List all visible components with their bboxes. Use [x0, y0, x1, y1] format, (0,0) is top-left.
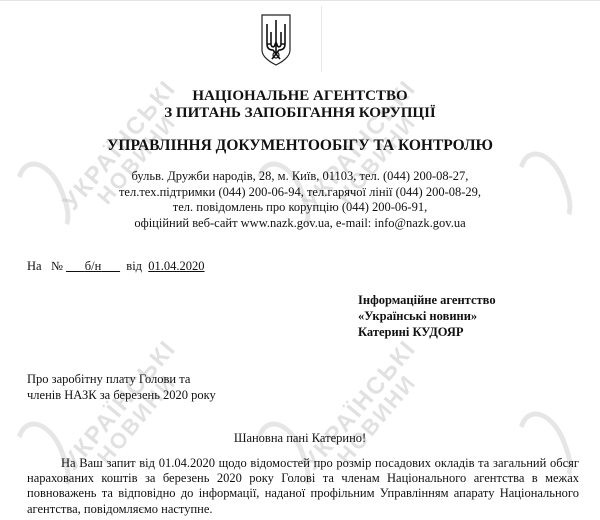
- address-line: офіційний веб-сайт www.nazk.gov.ua, e-ma…: [0, 216, 600, 232]
- agency-name: НАЦІОНАЛЬНЕ АГЕНТСТВО З ПИТАНЬ ЗАПОБІГАН…: [0, 88, 600, 122]
- subject-block: Про заробітну плату Голови та членів НАЗ…: [27, 371, 216, 403]
- address-line: тел. повідомлень про корупцію (044) 200-…: [0, 200, 600, 216]
- trident-icon: [261, 14, 291, 66]
- top-border: [0, 0, 600, 1]
- address-line: бульв. Дружби народів, 28, м. Київ, 0110…: [0, 169, 600, 185]
- reference-line: На № б/н від 01.04.2020: [27, 259, 205, 274]
- recipient-block: Інформаційне агентство «Українські новин…: [358, 292, 496, 340]
- department-name: УПРАВЛІННЯ ДОКУМЕНТООБІГУ ТА КОНТРОЛЮ: [0, 137, 600, 155]
- salutation: Шановна пані Катерино!: [0, 431, 600, 446]
- body-paragraph: На Ваш запит від 01.04.2020 щодо відомос…: [27, 456, 579, 517]
- contact-info: бульв. Дружби народів, 28, м. Київ, 0110…: [0, 169, 600, 231]
- reference-number: б/н: [66, 259, 120, 273]
- reference-date: 01.04.2020: [148, 259, 204, 273]
- address-line: тел.тех.підтримки (044) 200-06-94, тел.г…: [0, 185, 600, 201]
- header-divider: [321, 6, 322, 72]
